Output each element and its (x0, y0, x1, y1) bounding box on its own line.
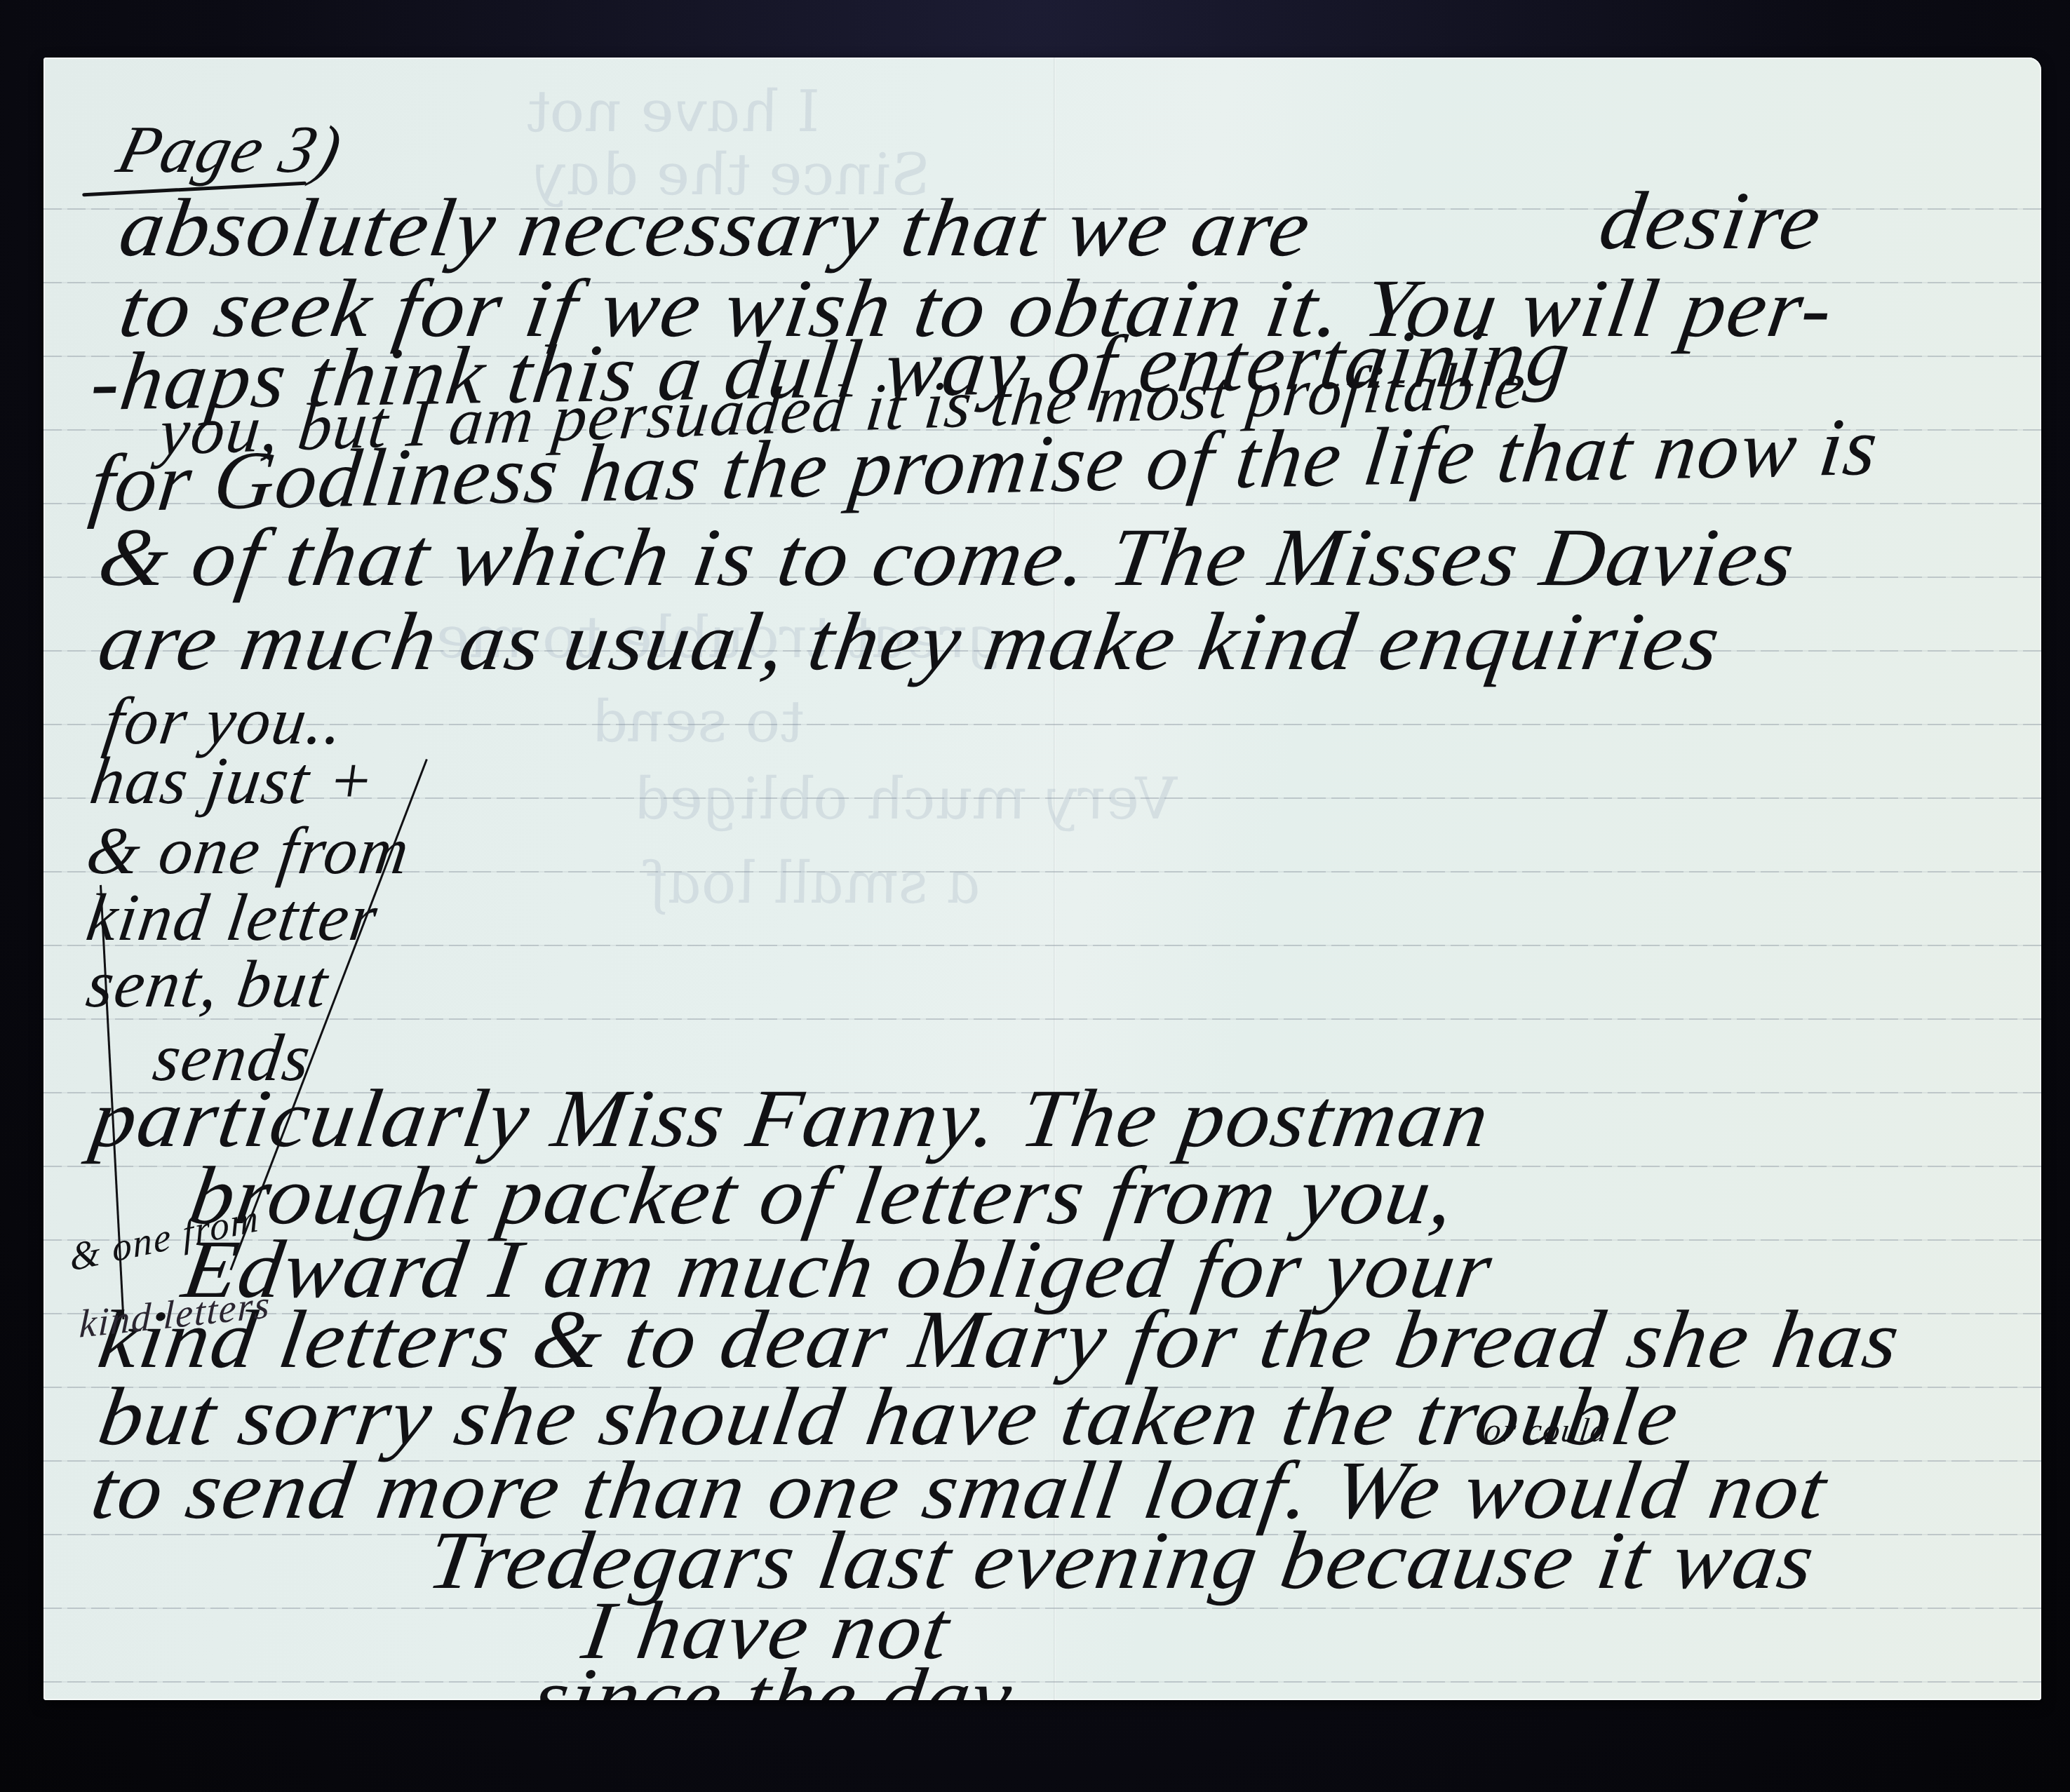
margin-note-line: has just + (86, 741, 380, 819)
letter-line: since the day (527, 1650, 1019, 1700)
interlinear-insertion: or could (1481, 1411, 1611, 1450)
show-through-text: Very much obliged (626, 766, 1183, 833)
letter-line: are much as usual, they make kind enquir… (93, 594, 1727, 689)
show-through-text: to send (584, 689, 811, 755)
show-through-text: a small loaf (640, 850, 988, 917)
letter-page: I have not Since the day great trouble t… (43, 58, 2041, 1700)
letter-line: desire (1594, 173, 1828, 269)
page-label: Page 3) (110, 110, 351, 188)
margin-note-line: sent, but (82, 945, 334, 1023)
show-through-text: I have not (520, 79, 826, 145)
ruled-line (43, 1681, 2041, 1683)
letter-line: & of that which is to come. The Misses D… (93, 510, 1801, 605)
ruled-line (43, 1018, 2041, 1020)
